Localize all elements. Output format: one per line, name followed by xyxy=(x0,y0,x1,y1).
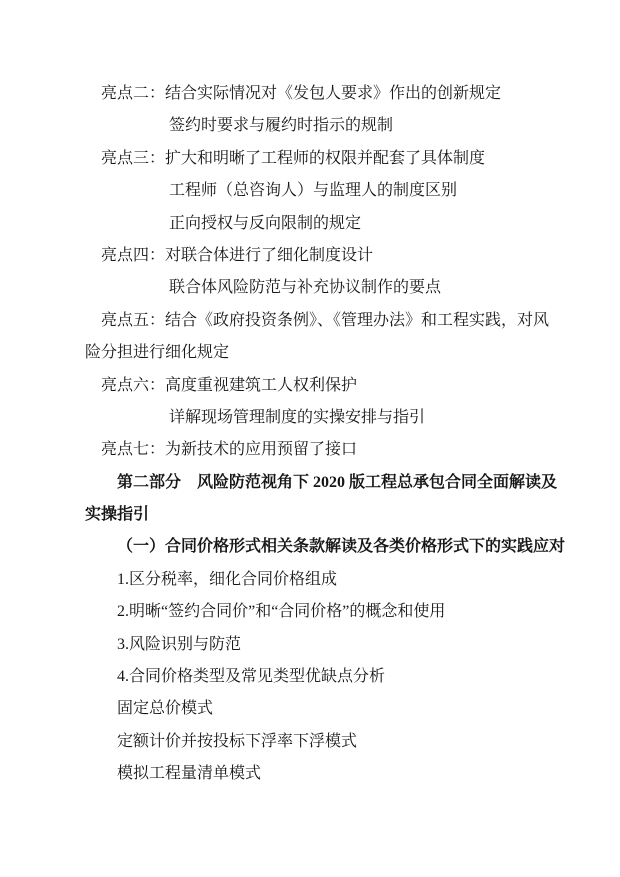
paragraph: 亮点七：为新技术的应用预留了接口 xyxy=(85,434,545,466)
text-line: 亮点四：对联合体进行了细化制度设计 xyxy=(85,240,545,272)
text-line: 实操指引 xyxy=(85,499,545,531)
paragraph: 联合体风险防范与补充协议制作的要点 xyxy=(85,272,545,304)
paragraph: 工程师（总咨询人）与监理人的制度区别 xyxy=(85,175,545,207)
text-line: 模拟工程量清单模式 xyxy=(85,758,545,790)
paragraph: 第二部分 风险防范视角下 2020 版工程总承包合同全面解读及实操指引 xyxy=(85,467,545,532)
text-line: 亮点六：高度重视建筑工人权利保护 xyxy=(85,370,545,402)
text-line: 亮点五：结合《政府投资条例》、《管理办法》和工程实践，对风 xyxy=(85,305,545,337)
document-body: 亮点二：结合实际情况对《发包人要求》作出的创新规定签约时要求与履约时指示的规制亮… xyxy=(85,78,545,791)
paragraph: 1.区分税率，细化合同价格组成 xyxy=(85,564,545,596)
paragraph: 签约时要求与履约时指示的规制 xyxy=(85,110,545,142)
text-line: 亮点三：扩大和明晰了工程师的权限并配套了具体制度 xyxy=(85,143,545,175)
text-line: 3.风险识别与防范 xyxy=(85,629,545,661)
paragraph: 亮点二：结合实际情况对《发包人要求》作出的创新规定 xyxy=(85,78,545,110)
text-line: 工程师（总咨询人）与监理人的制度区别 xyxy=(85,175,545,207)
paragraph: 正向授权与反向限制的规定 xyxy=(85,208,545,240)
text-line: 定额计价并按投标下浮率下浮模式 xyxy=(85,726,545,758)
text-line: 险分担进行细化规定 xyxy=(85,337,545,369)
text-line: 亮点二：结合实际情况对《发包人要求》作出的创新规定 xyxy=(85,78,545,110)
text-line: 联合体风险防范与补充协议制作的要点 xyxy=(85,272,545,304)
text-line: 第二部分 风险防范视角下 2020 版工程总承包合同全面解读及 xyxy=(85,467,545,499)
paragraph: 定额计价并按投标下浮率下浮模式 xyxy=(85,726,545,758)
paragraph: 亮点六：高度重视建筑工人权利保护 xyxy=(85,370,545,402)
paragraph: 2.明晰“签约合同价”和“合同价格”的概念和使用 xyxy=(85,596,545,628)
text-line: 签约时要求与履约时指示的规制 xyxy=(85,110,545,142)
paragraph: 模拟工程量清单模式 xyxy=(85,758,545,790)
paragraph: 4.合同价格类型及常见类型优缺点分析 xyxy=(85,661,545,693)
paragraph: 亮点五：结合《政府投资条例》、《管理办法》和工程实践，对风险分担进行细化规定 xyxy=(85,305,545,370)
paragraph: 固定总价模式 xyxy=(85,693,545,725)
document-page: 亮点二：结合实际情况对《发包人要求》作出的创新规定签约时要求与履约时指示的规制亮… xyxy=(0,0,620,877)
text-line: 亮点七：为新技术的应用预留了接口 xyxy=(85,434,545,466)
text-line: 正向授权与反向限制的规定 xyxy=(85,208,545,240)
text-line: 固定总价模式 xyxy=(85,693,545,725)
text-line: （一）合同价格形式相关条款解读及各类价格形式下的实践应对 xyxy=(85,531,545,563)
paragraph: （一）合同价格形式相关条款解读及各类价格形式下的实践应对 xyxy=(85,531,545,563)
text-line: 2.明晰“签约合同价”和“合同价格”的概念和使用 xyxy=(85,596,545,628)
paragraph: 详解现场管理制度的实操安排与指引 xyxy=(85,402,545,434)
text-line: 详解现场管理制度的实操安排与指引 xyxy=(85,402,545,434)
text-line: 4.合同价格类型及常见类型优缺点分析 xyxy=(85,661,545,693)
paragraph: 3.风险识别与防范 xyxy=(85,629,545,661)
text-line: 1.区分税率，细化合同价格组成 xyxy=(85,564,545,596)
paragraph: 亮点四：对联合体进行了细化制度设计 xyxy=(85,240,545,272)
paragraph: 亮点三：扩大和明晰了工程师的权限并配套了具体制度 xyxy=(85,143,545,175)
